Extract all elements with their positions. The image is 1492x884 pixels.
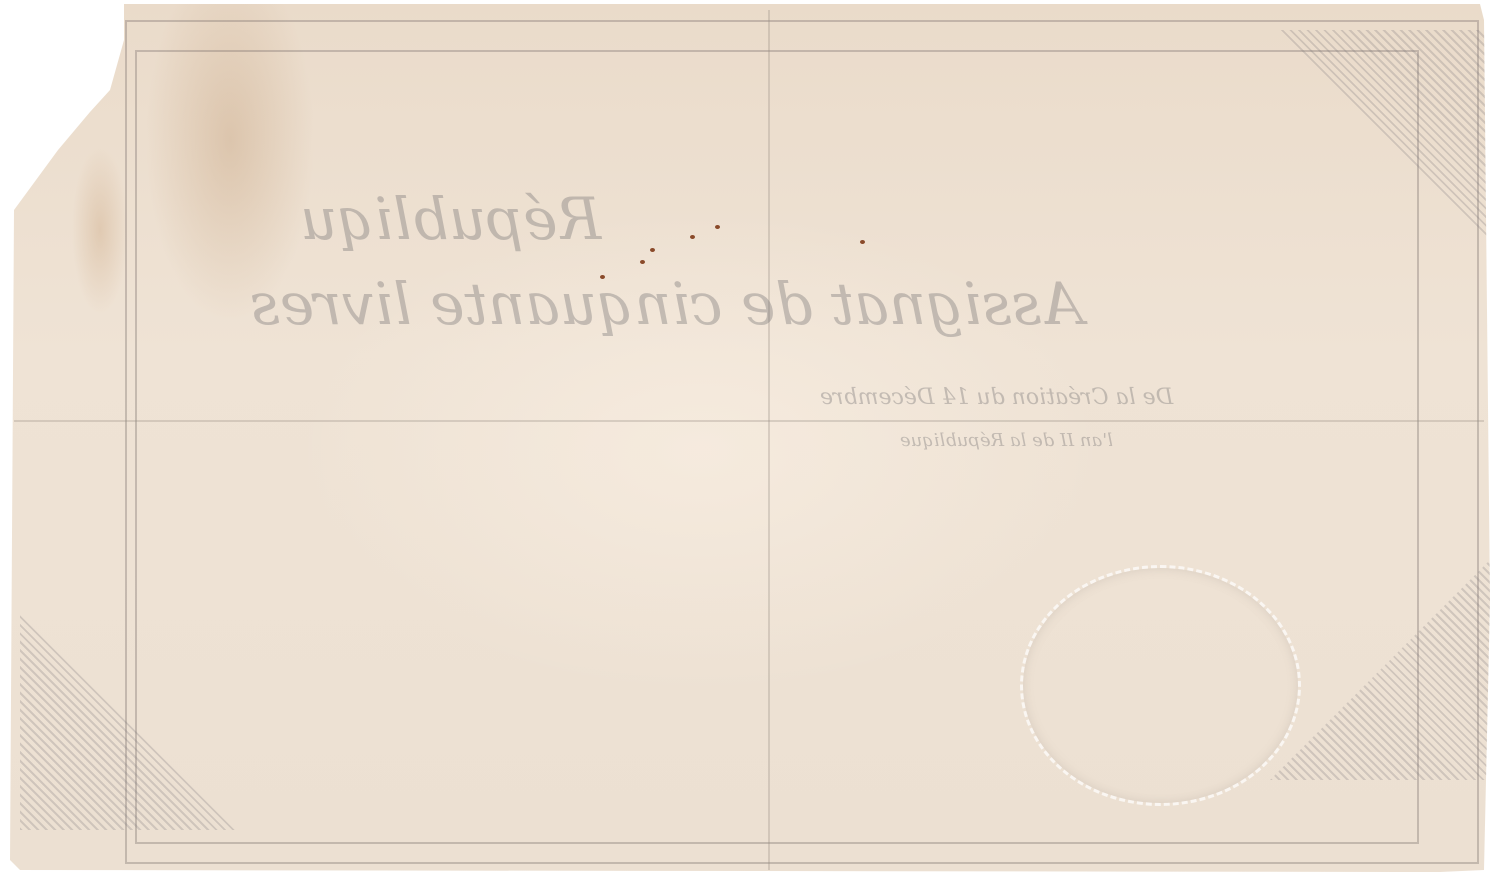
stain-spot <box>640 260 645 264</box>
ghost-text-creation: De la Création du 14 Décembre <box>820 385 1173 410</box>
stain-spot <box>600 275 605 279</box>
ghost-text-year: l'an II de la République <box>900 430 1113 451</box>
stain-spot <box>715 225 720 229</box>
stain-spot <box>690 235 695 239</box>
embossed-seal <box>1020 565 1301 806</box>
stain-spot <box>860 240 865 244</box>
banknote: Républiqu Assignat de cinquante livres D… <box>0 0 1492 884</box>
stain-spot <box>650 248 655 252</box>
ghost-text-denomination: Assignat de cinquante livres <box>250 270 1083 338</box>
ghost-text-title: Républiqu <box>300 185 601 253</box>
paper-sheet: Républiqu Assignat de cinquante livres D… <box>0 0 1492 884</box>
vertical-fold <box>768 10 770 870</box>
horizontal-fold <box>14 420 1484 422</box>
